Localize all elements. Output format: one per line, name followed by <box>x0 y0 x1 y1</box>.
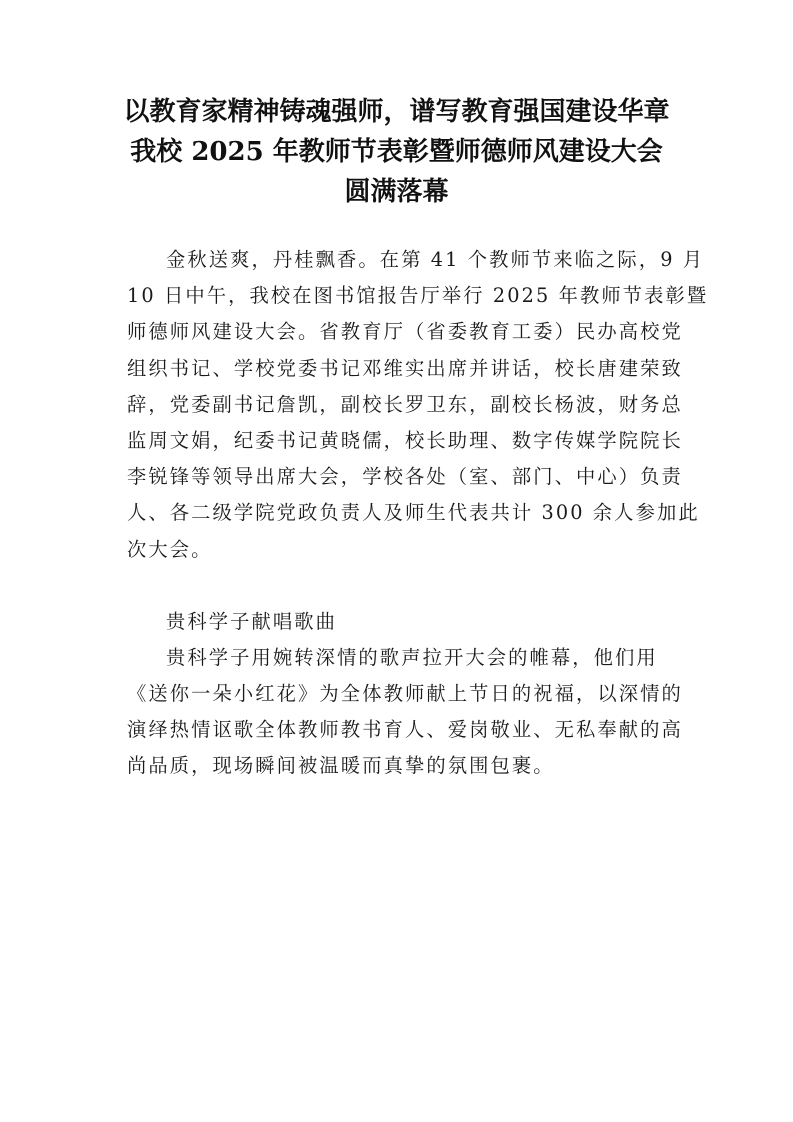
document-title: 以教育家精神铸魂强师，谱写教育强国建设华章 我校 2025 年教师节表彰暨师德师… <box>100 92 693 212</box>
paragraph-line: 10 日中午，我校在图书馆报告厅举行 2025 年教师节表彰暨 <box>127 278 672 314</box>
paragraph-line: 贵科学子用婉转深情的歌声拉开大会的帷幕，他们用 <box>127 640 672 676</box>
paragraph-line: 李锐锋等领导出席大会，学校各处（室、部门、中心）负责 <box>127 459 672 495</box>
section-heading: 贵科学子献唱歌曲 <box>127 604 672 640</box>
paragraph-line: 组织书记、学校党委书记邓维实出席并讲话，校长唐建荣致 <box>127 351 672 387</box>
paragraph-line: 尚品质，现场瞬间被温暖而真挚的氛围包裹。 <box>127 748 672 784</box>
title-line-2: 我校 2025 年教师节表彰暨师德师风建设大会 <box>100 132 693 172</box>
document-page: 以教育家精神铸魂强师，谱写教育强国建设华章 我校 2025 年教师节表彰暨师德师… <box>0 0 793 1122</box>
paragraph-line: 金秋送爽，丹桂飘香。在第 41 个教师节来临之际，9 月 <box>127 242 672 278</box>
paragraph-line: 《送你一朵小红花》为全体教师献上节日的祝福，以深情的 <box>127 676 672 712</box>
paragraph-line: 监周文娟，纪委书记黄晓儒，校长助理、数字传媒学院院长 <box>127 423 672 459</box>
document-body: 金秋送爽，丹桂飘香。在第 41 个教师节来临之际，9 月 10 日中午，我校在图… <box>127 242 672 785</box>
paragraph-line: 演绎热情讴歌全体教师教书育人、爱岗敬业、无私奉献的高 <box>127 712 672 748</box>
paragraph-line: 人、各二级学院党政负责人及师生代表共计 300 余人参加此 <box>127 495 672 531</box>
paragraph-intro: 金秋送爽，丹桂飘香。在第 41 个教师节来临之际，9 月 10 日中午，我校在图… <box>127 242 672 568</box>
title-line-1: 以教育家精神铸魂强师，谱写教育强国建设华章 <box>100 92 693 132</box>
paragraph-spacer <box>127 568 672 604</box>
paragraph-line: 辞，党委副书记詹凯，副校长罗卫东，副校长杨波，财务总 <box>127 387 672 423</box>
paragraph-line: 师德师风建设大会。省教育厅（省委教育工委）民办高校党 <box>127 314 672 350</box>
paragraph-line: 次大会。 <box>127 532 672 568</box>
title-line-3: 圆满落幕 <box>100 172 693 212</box>
paragraph-song: 贵科学子用婉转深情的歌声拉开大会的帷幕，他们用 《送你一朵小红花》为全体教师献上… <box>127 640 672 785</box>
